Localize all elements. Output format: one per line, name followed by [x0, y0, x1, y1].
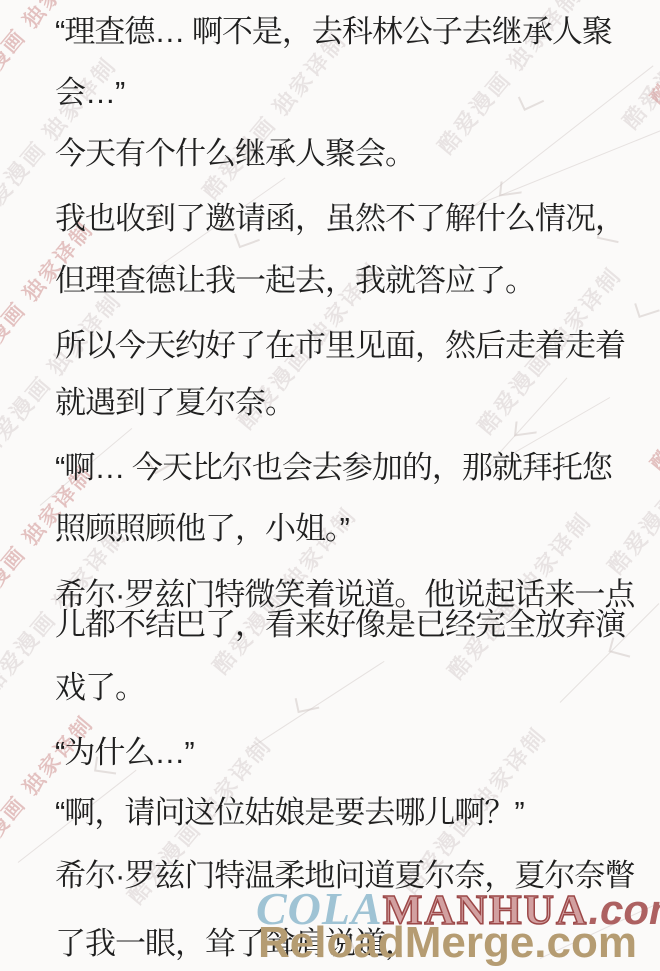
text-line: 所以今天约好了在市里见面，然后走着走着 — [55, 328, 625, 364]
text-line: “理查德… 啊不是，去科林公子去继承人聚 — [55, 14, 612, 50]
text-line: 会…” — [55, 75, 124, 111]
text-line: “为什么…” — [55, 735, 194, 771]
novel-text: “理查德… 啊不是，去科林公子去继承人聚 会…” 今天有个什么继承人聚会。 我也… — [0, 0, 660, 971]
text-line: 戏了。 — [55, 670, 145, 706]
text-line: “啊… 今天比尔也会去参加的，那就拜托您 — [55, 450, 612, 486]
text-line: 儿都不结巴了，看来好像是已经完全放弃演 — [55, 607, 625, 643]
text-line: “啊，请问这位姑娘是要去哪儿啊？” — [55, 795, 524, 831]
text-line: 今天有个什么继承人聚会。 — [55, 136, 415, 172]
text-line: 照顾照顾他了，小姐。” — [55, 511, 349, 547]
text-line: 但理查德让我一起去，我就答应了。 — [55, 263, 535, 299]
novel-page: 酷爱漫画 独家译制 酷爱漫画 独家译制 酷爱漫画 独家译制 酷爱漫画 独家译制 … — [0, 0, 660, 971]
site-watermark-reloadmerge: ReloadMerge.com — [258, 918, 637, 968]
text-line: 就遇到了夏尔奈。 — [55, 385, 295, 421]
text-line: 我也收到了邀请函，虽然不了解什么情况， — [55, 201, 625, 237]
